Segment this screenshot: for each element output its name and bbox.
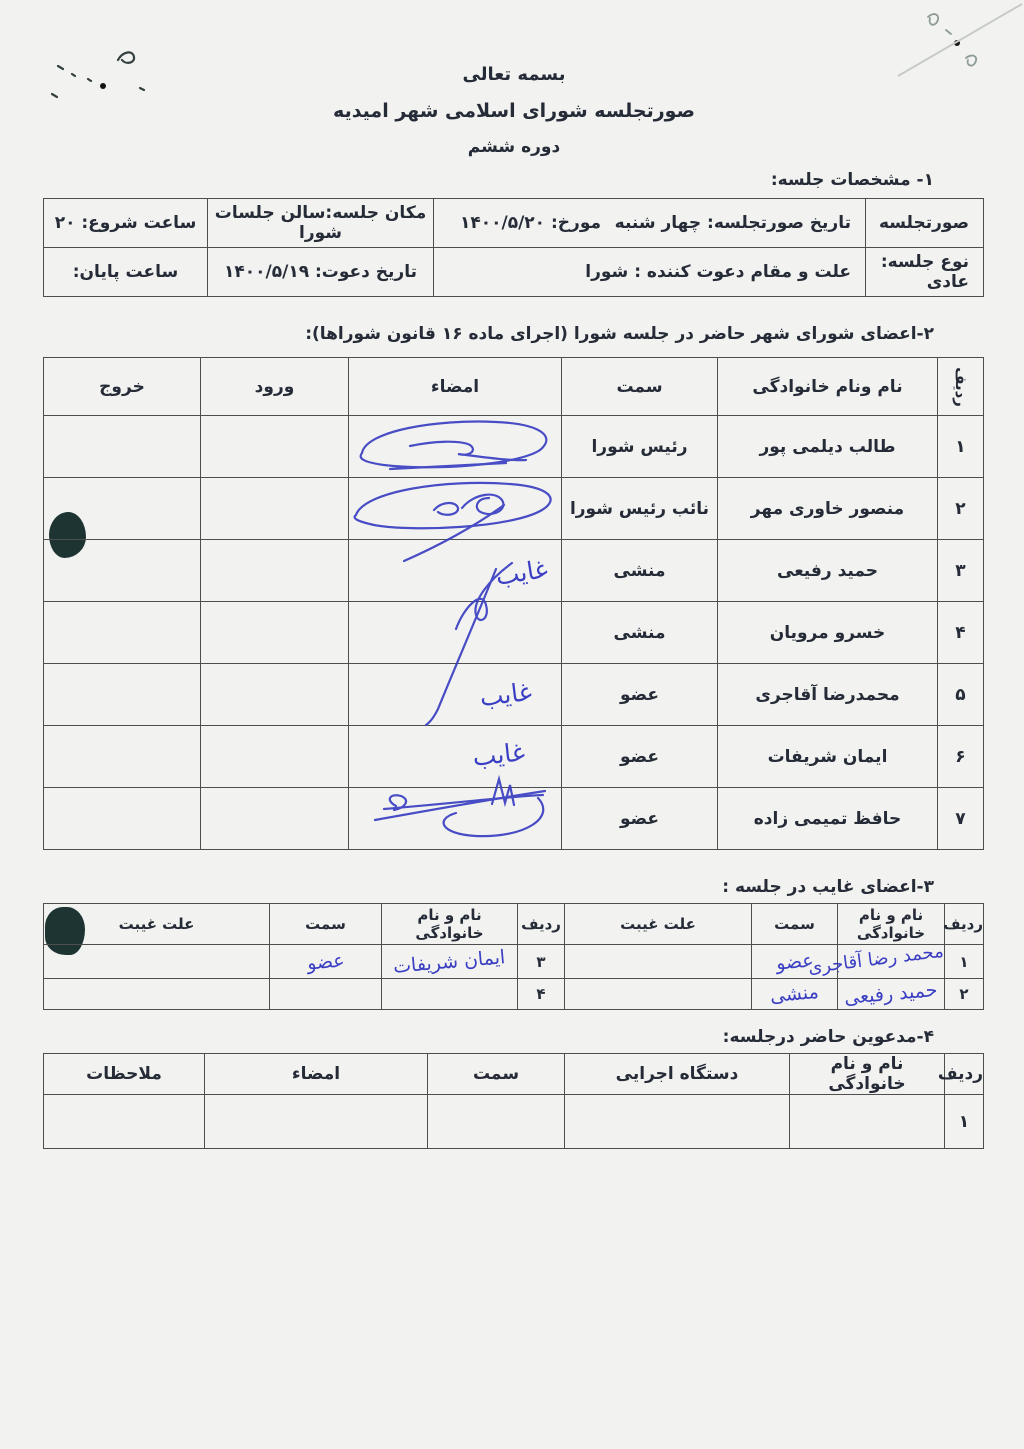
entry-cell <box>201 664 349 726</box>
col-header-radif: ردیف <box>938 358 984 416</box>
invite-date-cell: تاریخ دعوت: ۱۴۰۰/۵/۱۹ <box>208 248 434 297</box>
col-header-position: سمت <box>270 904 382 945</box>
member-position: عضو <box>562 664 718 726</box>
minutes-label-cell: صورتجلسه <box>866 199 984 248</box>
row-number: ۱ <box>945 1095 984 1149</box>
member-name: حمید رفیعی <box>718 540 938 602</box>
col-header-remarks: ملاحظات <box>44 1054 205 1095</box>
table-header-row: ردیف نام و نام خانوادگی سمت علت غیبت ردی… <box>44 904 984 945</box>
row-number: ۱ <box>938 416 984 478</box>
col-header-radif: ردیف <box>945 1054 984 1095</box>
col-header-exit: خروج <box>44 358 201 416</box>
row-number: ۴ <box>938 602 984 664</box>
member-name: خسرو مرویان <box>718 602 938 664</box>
signature-cell <box>349 602 562 664</box>
member-row: ۳ حمید رفیعی منشی <box>44 540 984 602</box>
member-row: ۷ حافظ تمیمی زاده عضو <box>44 788 984 850</box>
exit-cell <box>44 664 201 726</box>
invitee-name-cell <box>790 1095 945 1149</box>
member-name: منصور خاوری مهر <box>718 478 938 540</box>
entry-cell <box>201 416 349 478</box>
invitee-remarks-cell <box>44 1095 205 1149</box>
absent-members-table: ردیف نام و نام خانوادگی سمت علت غیبت ردی… <box>43 903 984 1010</box>
absent-member-row: ۱ محمد رضا آقاجری عضو ۳ ایمان شریفات عضو <box>44 945 984 979</box>
absent-member-name: حمید رفیعی <box>838 979 945 1010</box>
absent-member-row: ۲ حمید رفیعی منشی ۴ <box>44 979 984 1010</box>
absence-reason-cell <box>565 979 752 1010</box>
entry-cell <box>201 540 349 602</box>
present-members-table: ردیف نام ونام خانوادگی سمت امضاء ورود خر… <box>43 357 984 850</box>
col-header-absence-reason: علت غیبت <box>565 904 752 945</box>
bismillah-line: بسمه تعالی <box>44 64 984 85</box>
member-position: عضو <box>562 726 718 788</box>
row-number: ۱ <box>945 945 984 979</box>
exit-cell <box>44 602 201 664</box>
signature-cell <box>349 664 562 726</box>
col-header-absence-reason: علت غیبت <box>44 904 270 945</box>
col-header-entry: ورود <box>201 358 349 416</box>
row-number: ۶ <box>938 726 984 788</box>
member-name: طالب دیلمی پور <box>718 416 938 478</box>
col-header-signature: امضاء <box>205 1054 428 1095</box>
absent-member-position <box>270 979 382 1010</box>
section2-heading: ۲-اعضای شورای شهر حاضر در جلسه شورا (اجر… <box>44 324 984 344</box>
document-body: بسمه تعالی صورتجلسه شورای اسلامی شهر امی… <box>0 0 1024 1149</box>
member-name: محمدرضا آقاجری <box>718 664 938 726</box>
entry-cell <box>201 478 349 540</box>
entry-cell <box>201 726 349 788</box>
document-title: صورتجلسه شورای اسلامی شهر امیدیه <box>44 100 984 122</box>
table-header-row: ردیف نام ونام خانوادگی سمت امضاء ورود خر… <box>44 358 984 416</box>
invitees-table: ردیف نام و نام خانوادگی دستگاه اجرایی سم… <box>43 1053 984 1149</box>
section4-heading: ۴-مدعوین حاضر درجلسه: <box>44 1027 984 1047</box>
col-header-name: نام و نام خانوادگی <box>838 904 945 945</box>
row-number: ۳ <box>518 945 565 979</box>
absence-reason-cell <box>565 945 752 979</box>
absent-member-name: ایمان شریفات <box>382 945 518 979</box>
signature-cell <box>349 416 562 478</box>
entry-cell <box>201 788 349 850</box>
absence-reason-cell <box>44 979 270 1010</box>
col-header-radif: ردیف <box>518 904 565 945</box>
member-row: ۲ منصور خاوری مهر نائب رئیس شورا <box>44 478 984 540</box>
member-row: ۶ ایمان شریفات عضو <box>44 726 984 788</box>
col-header-name: نام و نام خانوادگی <box>790 1054 945 1095</box>
invitee-row: ۱ <box>44 1095 984 1149</box>
col-header-signature: امضاء <box>349 358 562 416</box>
row-number: ۷ <box>938 788 984 850</box>
row-number: ۲ <box>945 979 984 1010</box>
minutes-date-cell: تاریخ صورتجلسه: چهار شنبه مورخ: ۱۴۰۰/۵/۲… <box>434 199 866 248</box>
member-row: ۴ خسرو مرویان منشی <box>44 602 984 664</box>
member-position: منشی <box>562 540 718 602</box>
table-header-row: ردیف نام و نام خانوادگی دستگاه اجرایی سم… <box>44 1054 984 1095</box>
scanned-meeting-minutes-page: بسمه تعالی صورتجلسه شورای اسلامی شهر امی… <box>0 0 1024 1449</box>
row-number: ۵ <box>938 664 984 726</box>
absent-member-position: عضو <box>270 945 382 979</box>
member-position: رئیس شورا <box>562 416 718 478</box>
end-time-cell: ساعت پایان: <box>44 248 208 297</box>
entry-cell <box>201 602 349 664</box>
meeting-type-cell: نوع جلسه: عادی <box>866 248 984 297</box>
present-members-table-wrapper: ردیف نام ونام خانوادگی سمت امضاء ورود خر… <box>44 357 984 850</box>
absence-reason-cell <box>44 945 270 979</box>
col-header-agency: دستگاه اجرایی <box>565 1054 790 1095</box>
table-row: نوع جلسه: عادی علت و مقام دعوت کننده : ش… <box>44 248 984 297</box>
col-header-name: نام ونام خانوادگی <box>718 358 938 416</box>
section1-heading: ۱- مشخصات جلسه: <box>44 170 984 190</box>
member-row: ۵ محمدرضا آقاجری عضو <box>44 664 984 726</box>
member-name: ایمان شریفات <box>718 726 938 788</box>
minutes-date-weekday: تاریخ صورتجلسه: چهار شنبه <box>615 213 851 233</box>
inviter-cell: علت و مقام دعوت کننده : شورا <box>434 248 866 297</box>
col-header-position: سمت <box>752 904 838 945</box>
invitee-agency-cell <box>565 1095 790 1149</box>
member-position: نائب رئیس شورا <box>562 478 718 540</box>
signature-cell <box>349 726 562 788</box>
row-number: ۳ <box>938 540 984 602</box>
section3-heading: ۳-اعضای غایب در جلسه : <box>44 877 984 897</box>
absent-member-position: منشی <box>752 979 838 1010</box>
start-time-cell: ساعت شروع: ۲۰ <box>44 199 208 248</box>
absent-member-name <box>382 979 518 1010</box>
row-number: ۴ <box>518 979 565 1010</box>
exit-cell <box>44 540 201 602</box>
meeting-details-table: صورتجلسه تاریخ صورتجلسه: چهار شنبه مورخ:… <box>43 198 984 297</box>
col-header-position: سمت <box>562 358 718 416</box>
member-row: ۱ طالب دیلمی پور رئیس شورا <box>44 416 984 478</box>
minutes-date-value: مورخ: ۱۴۰۰/۵/۲۰ <box>460 213 601 233</box>
signature-cell <box>349 788 562 850</box>
exit-cell <box>44 788 201 850</box>
exit-cell <box>44 416 201 478</box>
member-position: عضو <box>562 788 718 850</box>
document-subtitle: دوره ششم <box>44 137 984 157</box>
member-name: حافظ تمیمی زاده <box>718 788 938 850</box>
col-header-radif: ردیف <box>945 904 984 945</box>
table-row: صورتجلسه تاریخ صورتجلسه: چهار شنبه مورخ:… <box>44 199 984 248</box>
exit-cell <box>44 478 201 540</box>
exit-cell <box>44 726 201 788</box>
col-header-position: سمت <box>428 1054 565 1095</box>
invitee-position-cell <box>428 1095 565 1149</box>
signature-cell <box>349 540 562 602</box>
signature-cell <box>349 478 562 540</box>
col-header-name: نام و نام خانوادگی <box>382 904 518 945</box>
absent-member-name: محمد رضا آقاجری <box>838 945 945 979</box>
row-number: ۲ <box>938 478 984 540</box>
member-position: منشی <box>562 602 718 664</box>
meeting-place-cell: مکان جلسه:سالن جلسات شورا <box>208 199 434 248</box>
invitee-signature-cell <box>205 1095 428 1149</box>
